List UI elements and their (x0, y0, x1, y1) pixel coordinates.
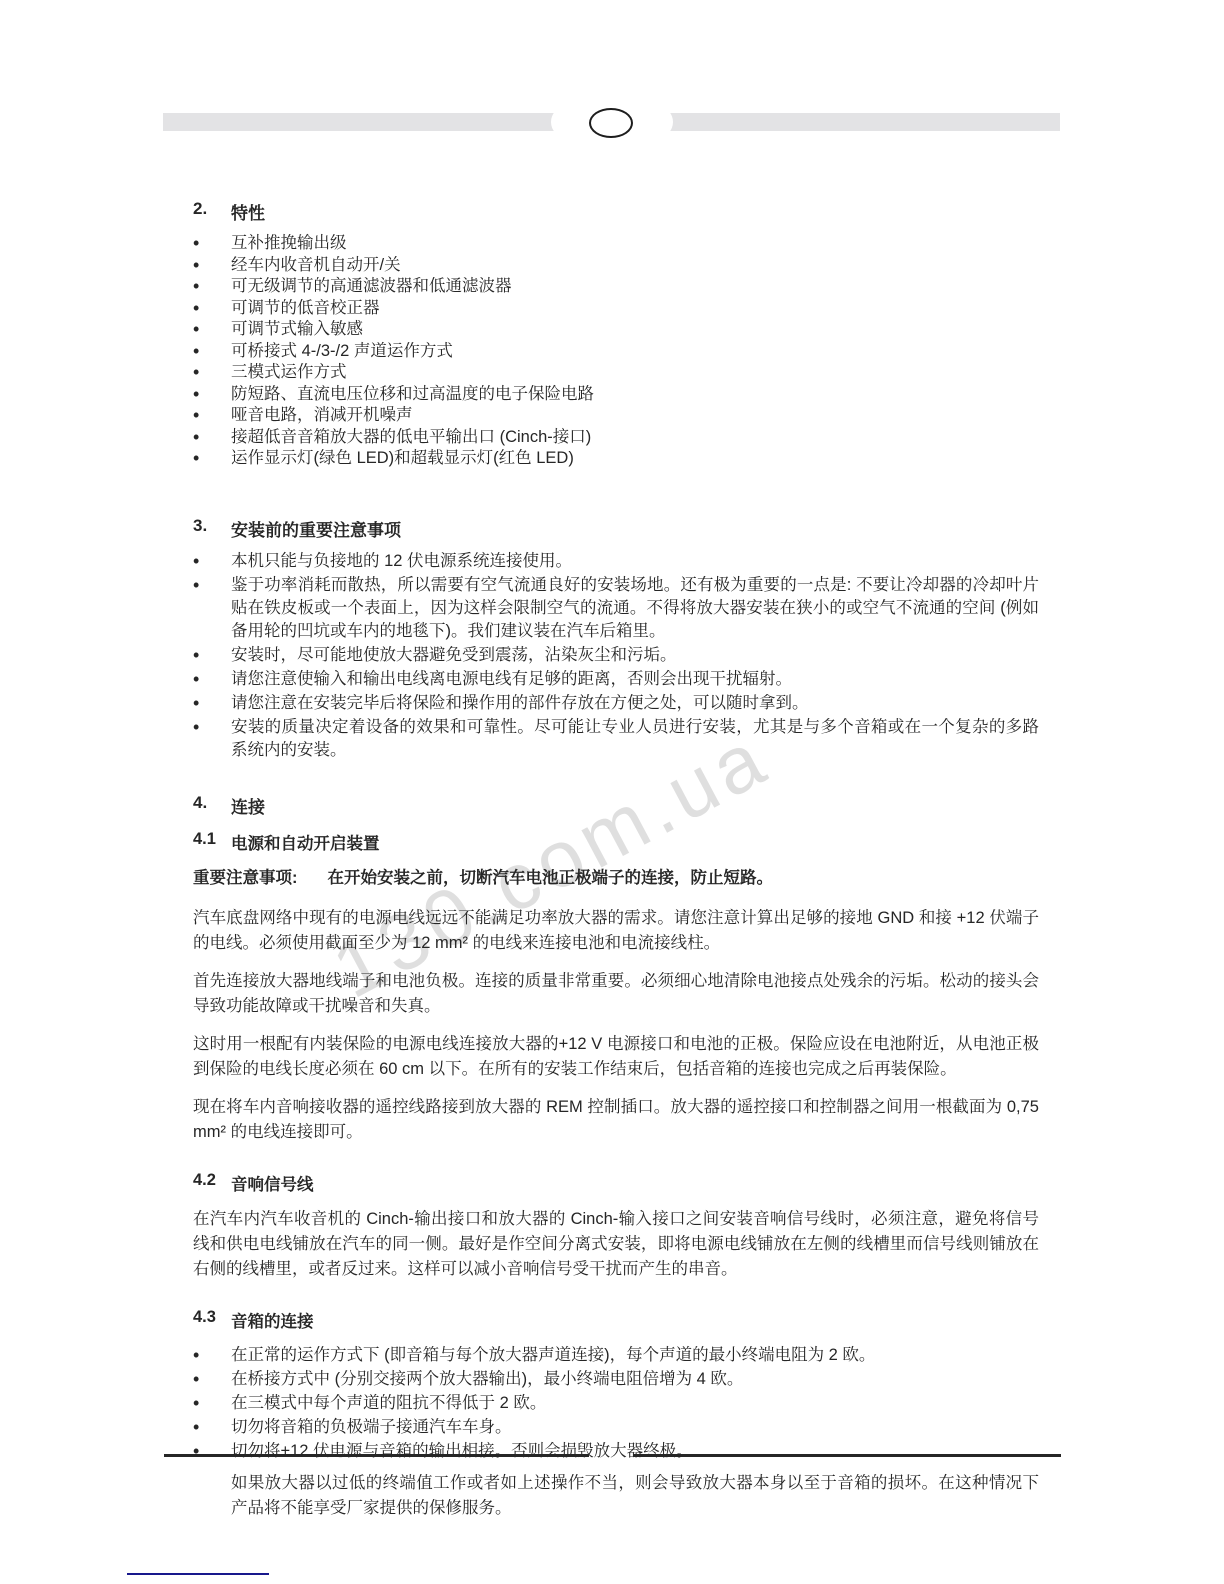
bullet-icon: • (193, 692, 231, 715)
important-note: 重要注意事项:在开始安装之前，切断汽车电池正极端子的连接，防止短路。 (193, 866, 1039, 891)
bullet-icon: • (193, 233, 231, 255)
bullet-icon: • (193, 405, 231, 427)
bullet-icon: • (193, 1368, 231, 1391)
section-4-3-title: 音箱的连接 (231, 1308, 314, 1332)
section-4-heading: 4. 连接 (193, 793, 1039, 818)
features-list: •互补推挽输出级 •经车内收音机自动开/关 •可无级调节的高通滤波器和低通滤波器… (193, 233, 1039, 470)
section-2-heading: 2. 特性 (193, 199, 1039, 224)
section-4-3-heading: 4.3 音箱的连接 (193, 1308, 1039, 1332)
paragraph: 这时用一根配有内装保险的电源电线连接放大器的+12 V 电源接口和电池的正极。保… (193, 1032, 1039, 1082)
section-4-3-number: 4.3 (193, 1308, 231, 1332)
bullet-icon: • (193, 384, 231, 406)
section-4-2-heading: 4.2 音响信号线 (193, 1171, 1039, 1195)
speaker-connection-list: •在正常的运作方式下 (即音箱与每个放大器声道连接)，每个声道的最小终端电阻为 … (193, 1344, 1039, 1463)
section-4-number: 4. (193, 793, 231, 818)
bullet-icon: • (193, 1440, 231, 1463)
bullet-icon: • (193, 276, 231, 298)
list-item: •接超低音音箱放大器的低电平输出口 (Cinch-接口) (193, 427, 1039, 449)
paragraph: 首先连接放大器地线端子和电池负极。连接的质量非常重要。必须细心地清除电池接点处残… (193, 969, 1039, 1019)
list-item: •鉴于功率消耗而散热，所以需要有空气流通良好的安装场地。还有极为重要的一点是: … (193, 574, 1039, 643)
warranty-note: 如果放大器以过低的终端值工作或者如上述操作不当，则会导致放大器本身以至于音箱的损… (231, 1471, 1039, 1521)
section-4-1-title: 电源和自动开启装置 (231, 830, 380, 854)
list-item: •可桥接式 4-/3-/2 声道运作方式 (193, 341, 1039, 363)
paragraph: 现在将车内音响接收器的遥控线路接到放大器的 REM 控制插口。放大器的遥控接口和… (193, 1095, 1039, 1145)
list-item: •安装时，尽可能地使放大器避免受到震荡，沾染灰尘和污垢。 (193, 644, 1039, 667)
list-item: •在正常的运作方式下 (即音箱与每个放大器声道连接)，每个声道的最小终端电阻为 … (193, 1344, 1039, 1367)
bullet-icon: • (193, 1344, 231, 1367)
list-item: •请您注意在安装完毕后将保险和操作用的部件存放在方便之处，可以随时拿到。 (193, 692, 1039, 715)
list-item: •可调节的低音校正器 (193, 298, 1039, 320)
list-item: •安装的质量决定着设备的效果和可靠性。尽可能让专业人员进行安装，尤其是与多个音箱… (193, 716, 1039, 762)
list-item: •运作显示灯(绿色 LED)和超载显示灯(红色 LED) (193, 448, 1039, 470)
bullet-icon: • (193, 1416, 231, 1439)
section-3-heading: 3. 安装前的重要注意事项 (193, 516, 1039, 541)
bullet-icon: • (193, 341, 231, 363)
section-4-2-number: 4.2 (193, 1171, 231, 1195)
bullet-icon: • (193, 1392, 231, 1415)
section-3-number: 3. (193, 516, 231, 541)
section-4-1-heading: 4.1 电源和自动开启装置 (193, 830, 1039, 854)
list-item: •切勿将+12 伏电源与音箱的输出相接。否则会损毁放大器终极。 (193, 1440, 1039, 1463)
list-item: •防短路、直流电压位移和过高温度的电子保险电路 (193, 384, 1039, 406)
header-oval-icon (589, 108, 633, 138)
bullet-icon: • (193, 427, 231, 449)
list-item: •哑音电路，消减开机噪声 (193, 405, 1039, 427)
bullet-icon: • (193, 255, 231, 277)
bottom-blue-rule (127, 1573, 269, 1575)
important-note-text: 在开始安装之前，切断汽车电池正极端子的连接，防止短路。 (328, 869, 774, 887)
list-item: •经车内收音机自动开/关 (193, 255, 1039, 277)
bullet-icon: • (193, 716, 231, 739)
list-item: •三模式运作方式 (193, 362, 1039, 384)
bullet-icon: • (193, 550, 231, 573)
important-note-label: 重要注意事项: (193, 869, 298, 887)
list-item: •互补推挽输出级 (193, 233, 1039, 255)
list-item: •在桥接方式中 (分别交接两个放大器输出)，最小终端电阻倍增为 4 欧。 (193, 1368, 1039, 1391)
paragraph: 在汽车内汽车收音机的 Cinch-输出接口和放大器的 Cinch-输入接口之间安… (193, 1207, 1039, 1282)
bullet-icon: • (193, 448, 231, 470)
section-4-title: 连接 (231, 793, 265, 818)
list-item: •可无级调节的高通滤波器和低通滤波器 (193, 276, 1039, 298)
section-2-number: 2. (193, 199, 231, 224)
bullet-icon: • (193, 574, 231, 597)
page-content: 2. 特性 •互补推挽输出级 •经车内收音机自动开/关 •可无级调节的高通滤波器… (193, 199, 1039, 1534)
install-notes-list: •本机只能与负接地的 12 伏电源系统连接使用。 •鉴于功率消耗而散热，所以需要… (193, 550, 1039, 762)
list-item: •可调节式输入敏感 (193, 319, 1039, 341)
section-4-2-title: 音响信号线 (231, 1171, 314, 1195)
paragraph: 汽车底盘网络中现有的电源电线远远不能满足功率放大器的需求。请您注意计算出足够的接… (193, 906, 1039, 956)
section-4-1-number: 4.1 (193, 830, 231, 854)
list-item: •请您注意使输入和输出电线离电源电线有足够的距离，否则会出现干扰辐射。 (193, 668, 1039, 691)
section-2-title: 特性 (231, 199, 265, 224)
bullet-icon: • (193, 362, 231, 384)
bullet-icon: • (193, 319, 231, 341)
section-3-title: 安装前的重要注意事项 (231, 516, 401, 541)
list-item: •本机只能与负接地的 12 伏电源系统连接使用。 (193, 550, 1039, 573)
list-item: •切勿将音箱的负极端子接通汽车车身。 (193, 1416, 1039, 1439)
bullet-icon: • (193, 644, 231, 667)
list-item: •在三模式中每个声道的阻抗不得低于 2 欧。 (193, 1392, 1039, 1415)
bullet-icon: • (193, 298, 231, 320)
bullet-icon: • (193, 668, 231, 691)
